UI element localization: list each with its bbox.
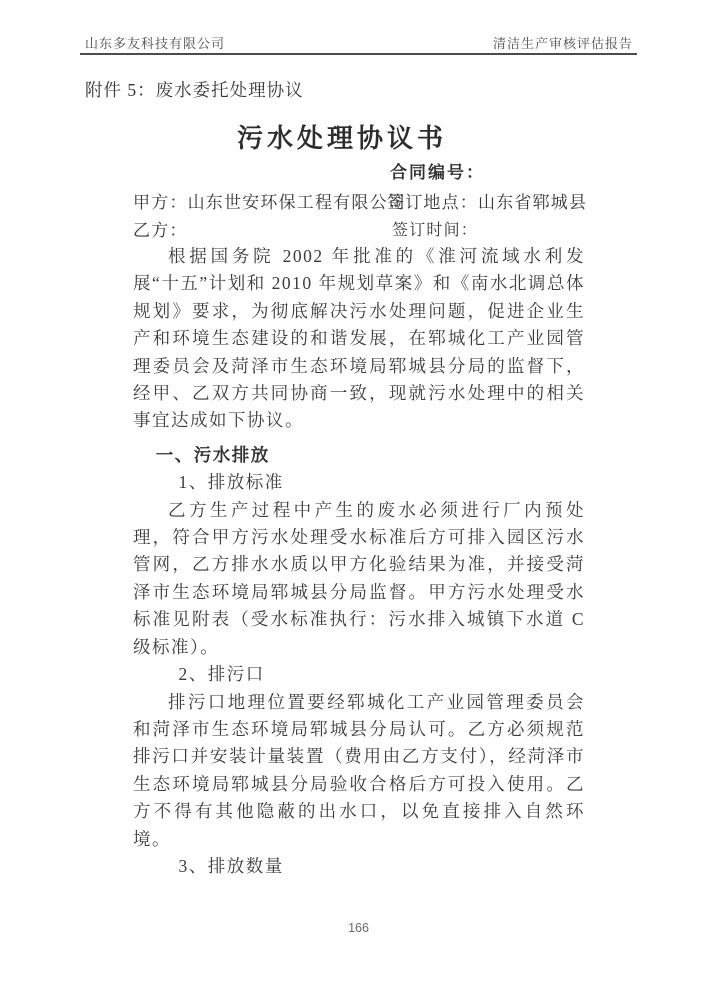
sign-place-row: 签订地点：山东省郓城县 — [387, 188, 587, 213]
clause-2-paragraph: 排污口地理位置要经郓城化工产业园管理委员会和菏泽市生态环境局郓城县分局认可。乙方… — [133, 689, 585, 853]
document-page: 山东多友科技有限公司 清洁生产审核评估报告 附件 5：废水委托处理协议 污水处理… — [0, 0, 717, 1000]
party-a-label: 甲方： — [133, 193, 188, 212]
sign-place-label: 签订地点： — [387, 193, 478, 212]
section-1-heading: 一、污水排放 — [133, 442, 585, 469]
clause-2-heading: 2、排污口 — [133, 661, 585, 688]
contract-number-label: 合同编号： — [390, 158, 485, 183]
sign-time-label: 签订时间： — [392, 217, 478, 240]
header-divider-rule — [80, 53, 637, 55]
running-header-company: 山东多友科技有限公司 — [85, 33, 225, 52]
clause-1-heading: 1、排放标准 — [133, 469, 585, 496]
running-header-report-title: 清洁生产审核评估报告 — [493, 33, 633, 52]
page-number: 166 — [0, 921, 717, 935]
party-b-label: 乙方： — [133, 216, 188, 241]
contract-title: 污水处理协议书 — [0, 118, 684, 155]
sign-place-value: 山东省郓城县 — [478, 193, 587, 212]
clause-1-paragraph: 乙方生产过程中产生的废水必须进行厂内预处理，符合甲方污水处理受水标准后方可排入园… — [133, 497, 585, 661]
party-a-row: 甲方：山东世安环保工程有限公司 — [133, 188, 406, 213]
attachment-heading: 附件 5：废水委托处理协议 — [85, 77, 304, 102]
party-a-name: 山东世安环保工程有限公司 — [188, 193, 406, 212]
clause-3-heading: 3、排放数量 — [133, 853, 585, 880]
preamble-paragraph: 根据国务院 2002 年批准的《淮河流域水利发展“十五”计划和 2010 年规划… — [133, 243, 585, 435]
contract-body: 根据国务院 2002 年批准的《淮河流域水利发展“十五”计划和 2010 年规划… — [133, 243, 585, 880]
